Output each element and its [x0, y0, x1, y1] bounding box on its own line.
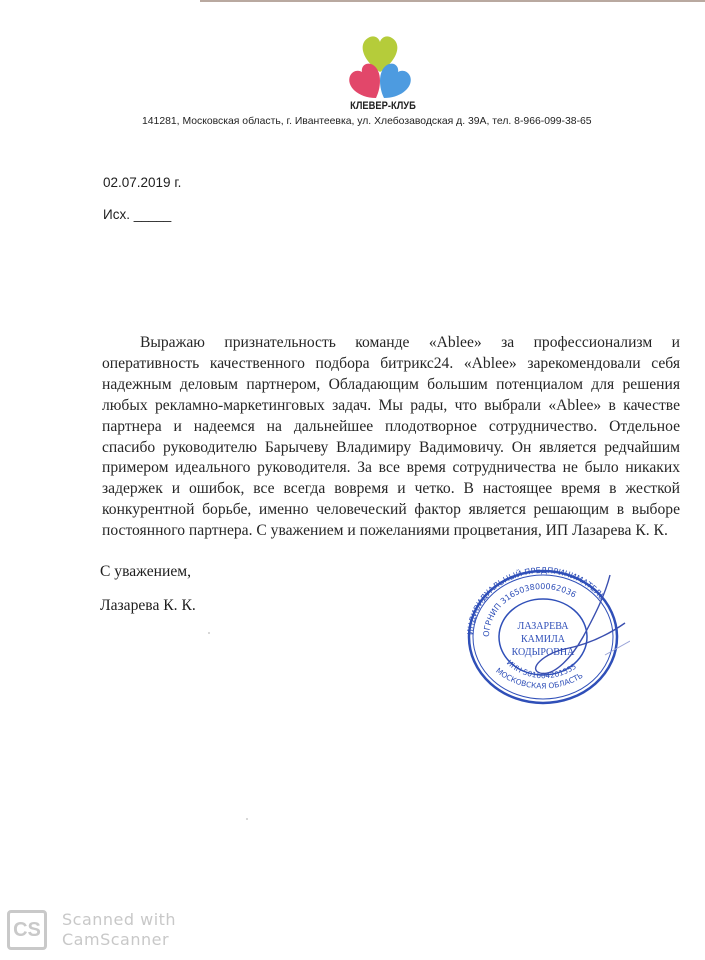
outgoing-number: Исх. _____ — [103, 207, 171, 222]
scan-speck — [246, 818, 248, 820]
company-address: 141281, Московская область, г. Ивантеевк… — [142, 116, 622, 127]
camscanner-watermark: CS Scanned with CamScanner — [7, 910, 207, 955]
letter-paragraph: Выражаю признательность команде «Ablee» … — [102, 333, 680, 542]
watermark-text: Scanned with CamScanner — [62, 910, 176, 950]
svg-text:КАМИЛА: КАМИЛА — [521, 634, 566, 645]
svg-text:ЛАЗАРЕВА: ЛАЗАРЕВА — [518, 621, 570, 632]
scan-speck — [208, 632, 210, 634]
letter-signer: Лазарева К. К. — [100, 597, 196, 615]
company-name: КЛЕВЕР-КЛУБ — [342, 100, 424, 112]
camscanner-logo-icon: CS — [7, 910, 47, 950]
letter-date: 02.07.2019 г. — [103, 175, 181, 190]
letter-body: Выражаю признательность команде «Ablee» … — [102, 333, 680, 542]
scan-edge-line — [200, 0, 705, 2]
company-stamp-icon: ИНДИВИДУАЛЬНЫЙ ПРЕДПРИНИМАТЕЛЬ ОГРНИП 31… — [455, 565, 630, 705]
letter-closing: С уважением, — [100, 563, 191, 581]
